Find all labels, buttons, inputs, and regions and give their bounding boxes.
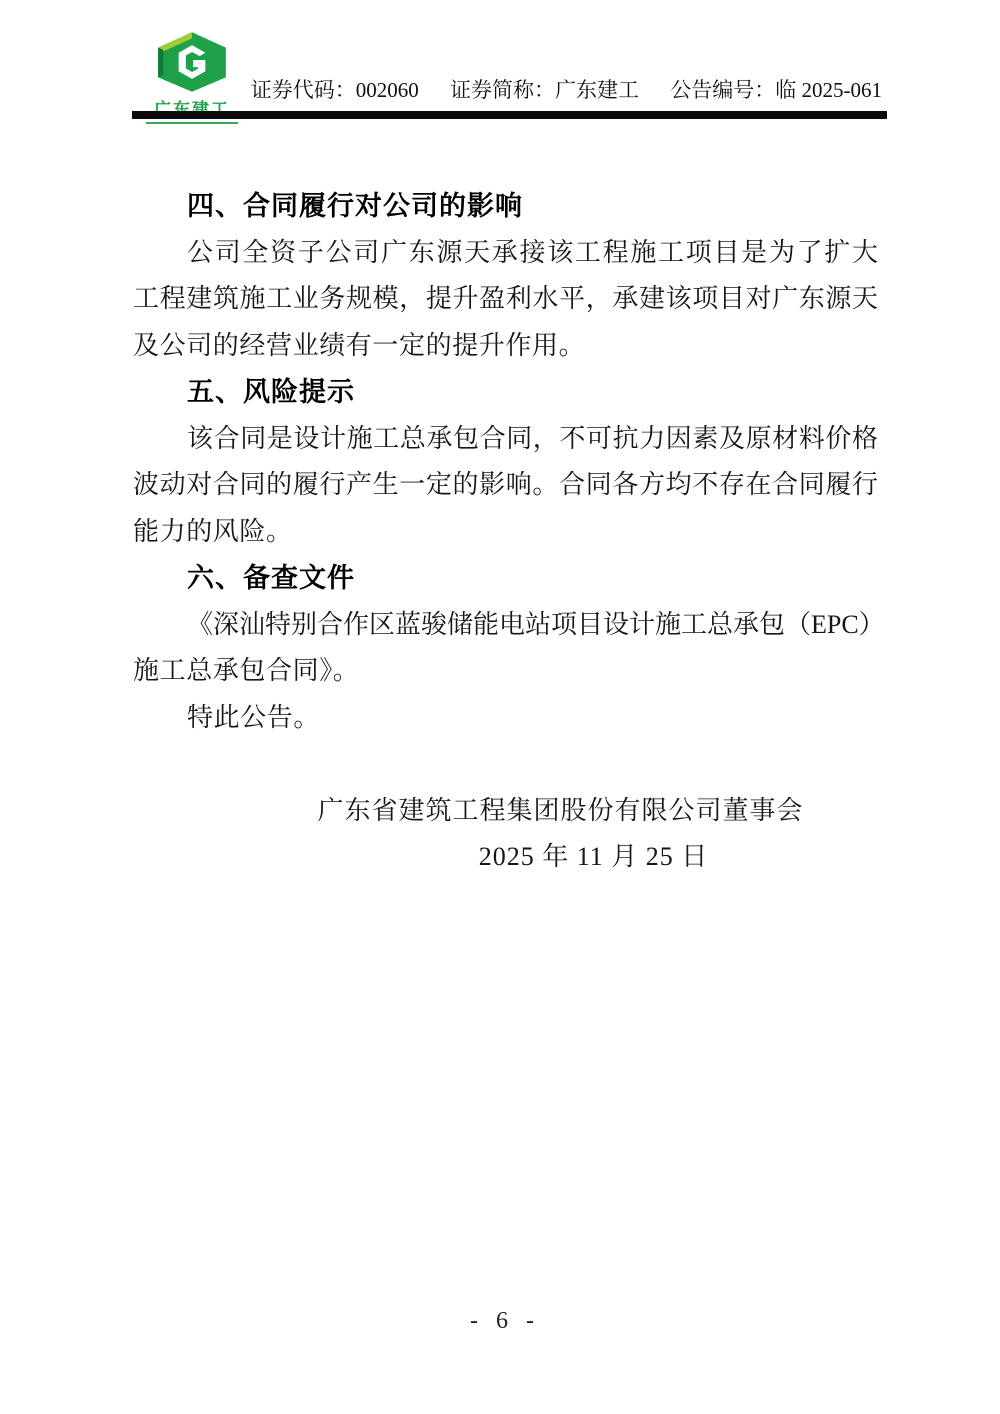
body-line: 施工总承包合同》。 (133, 648, 878, 695)
body-line: 工程建筑施工业务规模，提升盈利水平，承建该项目对广东源天 (133, 276, 878, 323)
body-line: 《深汕特别合作区蓝骏储能电站项目设计施工总承包（EPC） (133, 602, 878, 649)
stock-code: 证券代码：002060 (251, 78, 419, 102)
body-line: 波动对合同的履行产生一定的影响。合同各方均不存在合同履行 (133, 462, 878, 509)
body-line: 特此公告。 (133, 695, 878, 742)
signature-date: 2025 年 11 月 25 日 (221, 834, 966, 881)
body-line: 该合同是设计施工总承包合同，不可抗力因素及原材料价格 (133, 416, 878, 463)
page-number: - 6 - (0, 1308, 1000, 1335)
section-heading: 四、合同履行对公司的影响 (133, 183, 878, 230)
body-line: 公司全资子公司广东源天承接该工程施工项目是为了扩大 (133, 230, 878, 277)
body-line: 能力的风险。 (133, 509, 878, 556)
announcement-page: 广东建工 证券代码：002060 证券简称：广东建工 公告编号：临 2025-0… (0, 0, 1000, 1414)
signature-company: 广东省建筑工程集团股份有限公司董事会 (188, 788, 933, 835)
body-line: 及公司的经营业绩有一定的提升作用。 (133, 323, 878, 370)
stock-short-name: 证券简称：广东建工 (450, 78, 639, 102)
section-heading: 六、备查文件 (133, 555, 878, 602)
securities-meta-line: 证券代码：002060 证券简称：广东建工 公告编号：临 2025-061 (0, 74, 882, 104)
document-body: 四、合同履行对公司的影响公司全资子公司广东源天承接该工程施工项目是为了扩大工程建… (133, 183, 878, 881)
blank-line (133, 741, 878, 788)
header-divider (132, 111, 887, 119)
section-heading: 五、风险提示 (133, 369, 878, 416)
announcement-number: 公告编号：临 2025-061 (670, 78, 882, 102)
